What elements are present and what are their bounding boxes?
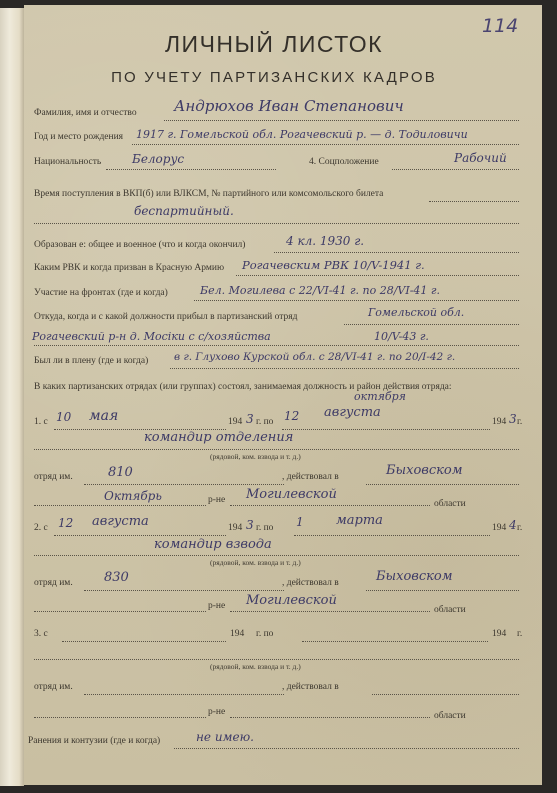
party-label: Время поступления в ВКП(б) или ВЛКСМ, № …: [34, 189, 383, 199]
unit-2-region-line: [230, 611, 430, 612]
unit-2-district-label: р-не: [208, 601, 225, 611]
unit-1-to-month: августа: [324, 405, 381, 420]
party-value: беспартийный.: [134, 204, 234, 218]
unit-3-from-suffix: г. по: [256, 629, 273, 639]
unit-2-number: 2. с: [34, 523, 48, 533]
unit-2-position-line: [34, 555, 519, 556]
unit-2-from-year-hw: 3: [246, 518, 254, 532]
unit-1-acted-label: , действовал в: [282, 472, 339, 482]
unit-1-acted-value: Быховском: [386, 463, 463, 478]
unit-3-unit-line: [84, 694, 284, 695]
unit-1-unit-value: 810: [108, 465, 133, 480]
full-name-value: Андрюхов Иван Степанович: [174, 97, 404, 115]
unit-2-region-label: области: [434, 605, 466, 615]
unit-1-to-year: 194: [492, 417, 506, 427]
unit-3-region-label: области: [434, 711, 466, 721]
unit-2-unit-label: отряд им.: [34, 578, 73, 588]
birth-line: [132, 144, 519, 145]
unit-1-from-year: 194: [228, 417, 242, 427]
document-title: ЛИЧНЫЙ ЛИСТОК: [124, 31, 424, 58]
unit-1-from-day: 10: [56, 410, 71, 424]
unit-1-from-suffix: г. по: [256, 417, 273, 427]
full-name-label: Фамилия, имя и отчество: [34, 108, 137, 118]
unit-2-from-month: августа: [92, 514, 149, 529]
unit-3-to-year: 194: [492, 629, 506, 639]
unit-1-unit-label: отряд им.: [34, 472, 73, 482]
unit-2-position-hint: (рядовой, ком. взвода и т. д.): [210, 558, 301, 567]
nationality-line: [106, 169, 276, 170]
document-subtitle: ПО УЧЕТУ ПАРТИЗАНСКИХ КАДРОВ: [54, 69, 494, 86]
unit-3-to-suffix: г.: [517, 629, 522, 639]
social-status-label: 4. Соцположение: [309, 157, 379, 167]
unit-3-to-line: [302, 641, 488, 642]
arrival-label: Откуда, когда и с какой должности прибыл…: [34, 312, 297, 322]
unit-1-district-label: р-не: [208, 495, 225, 505]
unit-2-to-line: [294, 535, 490, 536]
captivity-value: в г. Глухово Курской обл. с 28/VI-41 г. …: [174, 351, 455, 363]
fronts-line: [194, 300, 519, 301]
unit-3-district-label: р-не: [208, 707, 225, 717]
wounds-label: Ранения и контузии (где и когда): [28, 736, 160, 746]
unit-1-number: 1. с: [34, 417, 48, 427]
unit-1-position: командир отделения: [144, 430, 293, 445]
full-name-line: [164, 120, 519, 121]
unit-2-acted-line: [366, 590, 519, 591]
unit-2-to-suffix: г.: [517, 523, 522, 533]
unit-2-acted-value: Быховском: [376, 569, 453, 584]
unit-1-district-value: Октябрь: [104, 489, 162, 503]
party-line-1: [429, 201, 519, 202]
education-value: 4 кл. 1930 г.: [286, 234, 364, 248]
unit-2-unit-line: [84, 590, 284, 591]
unit-2-from-year: 194: [228, 523, 242, 533]
conscription-label: Каким РВК и когда призван в Красную Арми…: [34, 263, 224, 273]
unit-1-to-month-correction: октября: [354, 390, 406, 403]
unit-3-region-line: [230, 717, 430, 718]
captivity-label: Был ли в плену (где и когда): [34, 356, 148, 366]
captivity-line: [170, 368, 519, 369]
unit-3-acted-label: , действовал в: [282, 682, 339, 692]
unit-2-from-line: [54, 535, 226, 536]
unit-1-position-hint: (рядовой, ком. взвода и т. д.): [210, 452, 301, 461]
unit-3-unit-label: отряд им.: [34, 682, 73, 692]
unit-2-to-year: 194: [492, 523, 506, 533]
birth-value: 1917 г. Гомельской обл. Рогачевский р. —…: [136, 128, 468, 141]
unit-3-district-line: [34, 717, 206, 718]
unit-2-to-month: марта: [336, 513, 383, 528]
birth-label: Год и место рождения: [34, 132, 123, 142]
social-status-line: [392, 169, 519, 170]
unit-1-position-line: [34, 449, 519, 450]
unit-3-from-line: [62, 641, 226, 642]
arrival-value-line1: Гомельской обл.: [368, 306, 464, 319]
unit-1-to-year-hw: 3: [509, 412, 517, 426]
unit-2-acted-label: , действовал в: [282, 578, 339, 588]
unit-2-position: командир взвода: [154, 537, 272, 552]
arrival-line-2: [34, 345, 519, 346]
sheet-number: 114: [482, 15, 518, 37]
nationality-label: Национальность: [34, 157, 101, 167]
unit-1-region-label: области: [434, 499, 466, 509]
unit-1-region-value: Могилевской: [246, 487, 337, 502]
unit-1-from-month: мая: [89, 408, 118, 424]
wounds-value: не имею.: [196, 730, 254, 744]
unit-2-from-suffix: г. по: [256, 523, 273, 533]
unit-1-unit-line: [84, 484, 284, 485]
unit-1-district-line: [34, 505, 206, 506]
personal-record-sheet: 114 ЛИЧНЫЙ ЛИСТОК ПО УЧЕТУ ПАРТИЗАНСКИХ …: [24, 5, 542, 785]
arrival-value-date: 10/V-43 г.: [374, 330, 429, 343]
unit-3-number: 3. с: [34, 629, 48, 639]
unit-2-district-line: [34, 611, 206, 612]
education-line: [274, 252, 519, 253]
unit-2-to-year-hw: 4: [509, 518, 517, 532]
unit-1-from-year-hw: 3: [246, 412, 254, 426]
unit-2-region-value: Могилевской: [246, 593, 337, 608]
conscription-value: Рогачевским РВК 10/V-1941 г.: [242, 258, 425, 272]
conscription-line: [236, 275, 519, 276]
fronts-label: Участие на фронтах (где и когда): [34, 288, 168, 298]
unit-3-position-line: [34, 659, 519, 660]
unit-1-to-line: [282, 429, 490, 430]
units-intro-label: В каких партизанских отрядах (или группа…: [34, 380, 524, 394]
unit-1-to-suffix: г.: [517, 417, 522, 427]
unit-2-from-day: 12: [58, 516, 73, 530]
unit-2-to-day: 1: [296, 515, 304, 529]
unit-1-region-line: [230, 505, 430, 506]
unit-3-position-hint: (рядовой, ком. взвода и т. д.): [210, 662, 301, 671]
arrival-value-line2: Рогачевский р-н д. Мосіки с с/хозяйства: [32, 330, 271, 343]
education-label: Образован е: общее и военное (что и когд…: [34, 240, 245, 250]
arrival-line-1: [344, 324, 519, 325]
social-status-value: Рабочий: [454, 151, 507, 165]
unit-3-acted-line: [372, 694, 519, 695]
fronts-value: Бел. Могилева с 22/VI-41 г. по 28/VI-41 …: [200, 284, 440, 297]
nationality-value: Белорус: [132, 152, 184, 166]
binding-spine: [0, 8, 24, 786]
party-line-2: [34, 223, 519, 224]
unit-2-unit-value: 830: [104, 570, 129, 585]
wounds-line: [174, 748, 519, 749]
unit-1-acted-line: [366, 484, 519, 485]
unit-1-to-day: 12: [284, 409, 299, 423]
unit-3-from-year: 194: [230, 629, 244, 639]
